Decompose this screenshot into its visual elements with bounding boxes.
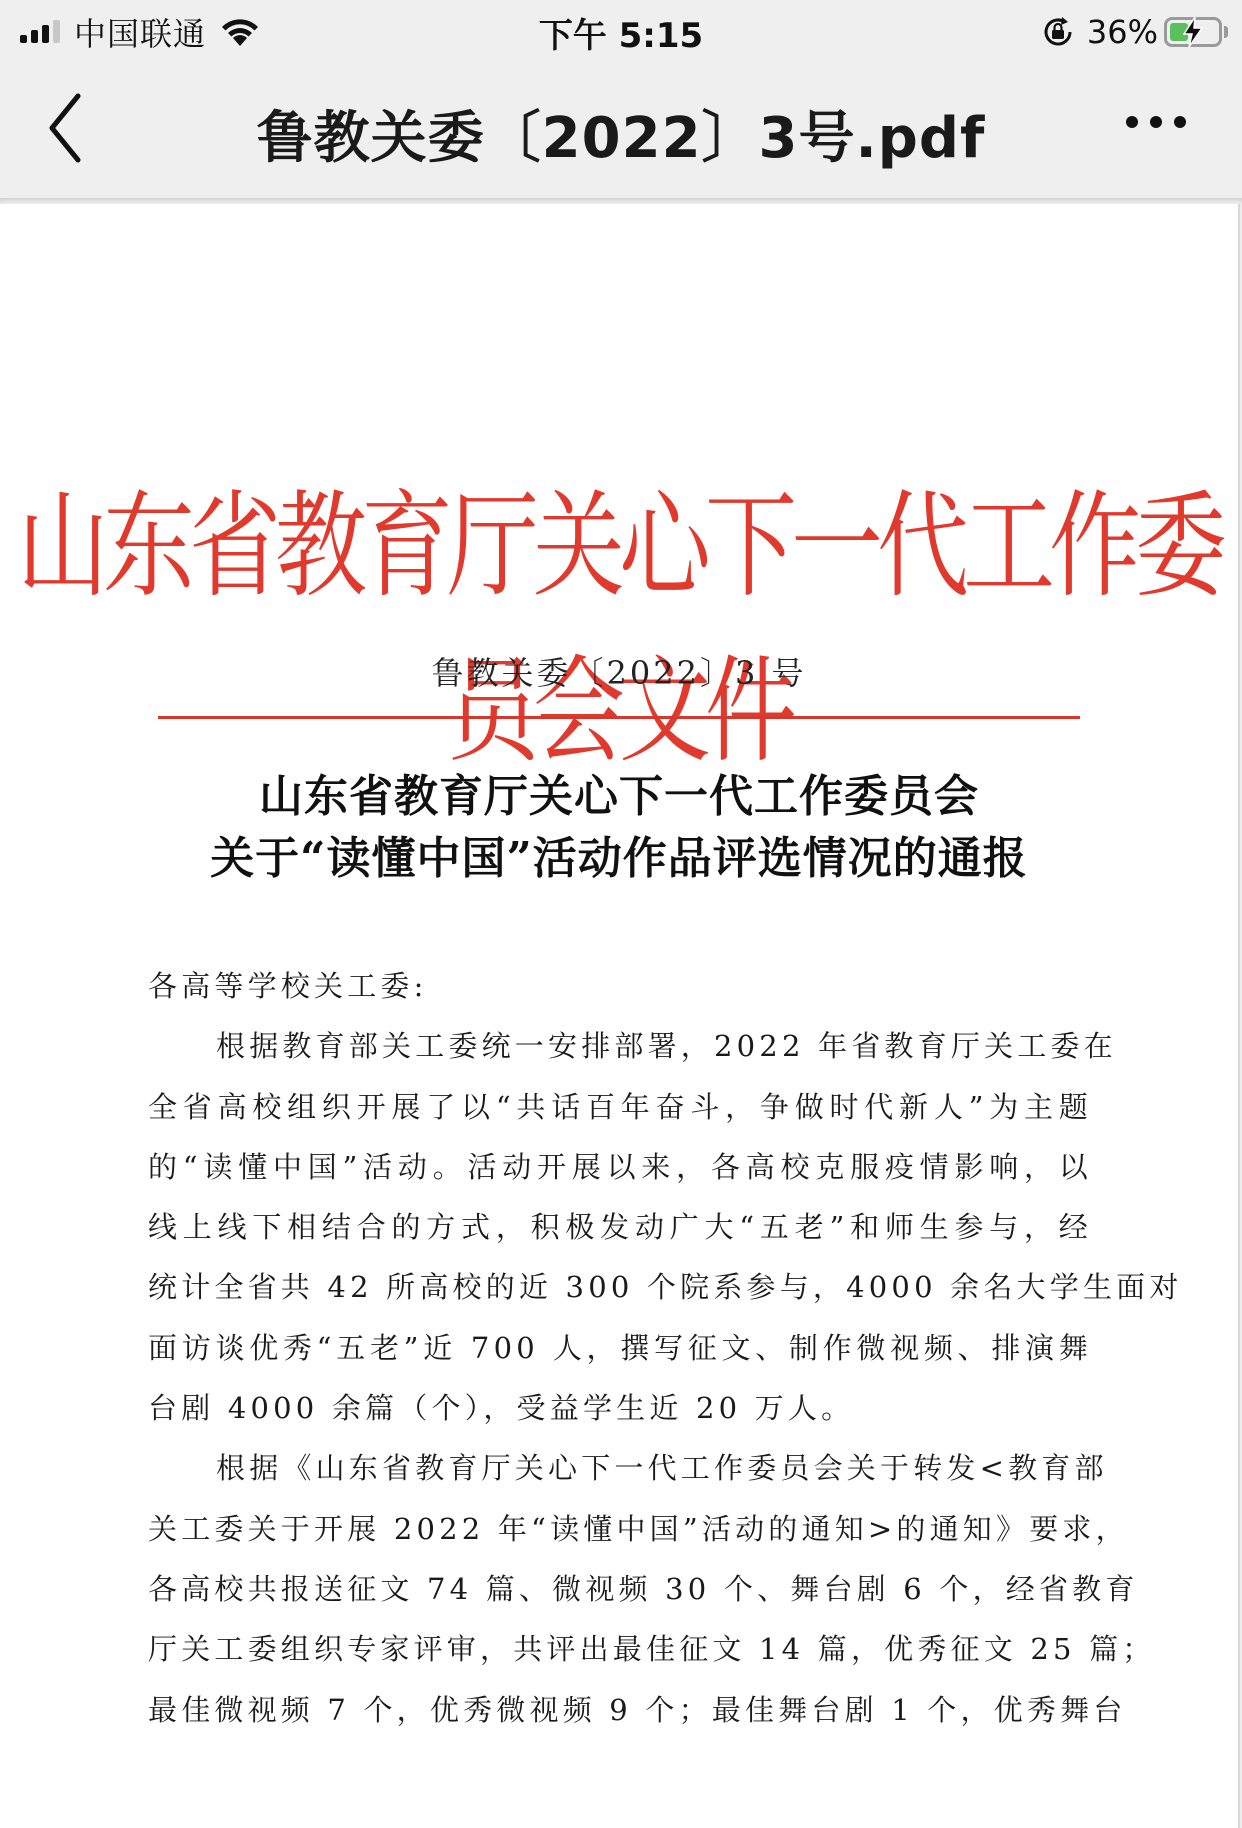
pdf-viewport[interactable]: 山东省教育厅关心下一代工作委员会文件 鲁教关委〔2022〕3 号 山东省教育厅关… — [0, 198, 1242, 1828]
red-divider-line — [158, 716, 1080, 719]
body-line: 面访谈优秀“五老”近 700 人，撰写征文、制作微视频、排演舞 — [148, 1318, 1092, 1378]
body-line: 的“读懂中国”活动。活动开展以来，各高校克服疫情影响，以 — [148, 1137, 1092, 1197]
document-body: 各高等学校关工委: 根据教育部关工委统一安排部署，2022 年省教育厅关工委在 … — [148, 956, 1092, 1740]
more-dot-icon — [1174, 116, 1186, 128]
document-number: 鲁教关委〔2022〕3 号 — [0, 648, 1238, 694]
pdf-page: 山东省教育厅关心下一代工作委员会文件 鲁教关委〔2022〕3 号 山东省教育厅关… — [0, 204, 1240, 1828]
body-line: 各高校共报送征文 74 篇、微视频 30 个、舞台剧 6 个，经省教育 — [148, 1559, 1092, 1619]
more-dot-icon — [1126, 116, 1138, 128]
body-line: 台剧 4000 余篇（个），受益学生近 20 万人。 — [148, 1378, 1092, 1438]
more-options-button[interactable] — [1126, 116, 1186, 128]
body-line: 根据教育部关工委统一安排部署，2022 年省教育厅关工委在 — [148, 1016, 1092, 1076]
heading-line-2: 关于“读懂中国”活动作品评选情况的通报 — [0, 828, 1238, 890]
rotation-lock-icon — [1041, 15, 1075, 49]
body-line: 根据《山东省教育厅关心下一代工作委员会关于转发<教育部 — [148, 1438, 1092, 1498]
document-heading: 山东省教育厅关心下一代工作委员会 关于“读懂中国”活动作品评选情况的通报 — [0, 766, 1238, 890]
paragraph-1: 根据教育部关工委统一安排部署，2022 年省教育厅关工委在 全省高校组织开展了以… — [148, 1016, 1092, 1438]
heading-line-1: 山东省教育厅关心下一代工作委员会 — [0, 766, 1238, 828]
battery-nub — [1224, 26, 1228, 38]
body-line: 全省高校组织开展了以“共话百年奋斗，争做时代新人”为主题 — [148, 1077, 1092, 1137]
body-line: 线上线下相结合的方式，积极发动广大“五老”和师生参与，经 — [148, 1197, 1092, 1257]
document-title: 鲁教关委〔2022〕3号.pdf — [0, 94, 1242, 174]
battery-percent: 36% — [1087, 13, 1158, 51]
body-line: 统计全省共 42 所高校的近 300 个院系参与，4000 余名大学生面对 — [148, 1257, 1092, 1317]
battery-icon — [1164, 17, 1222, 47]
status-right: 36% — [1041, 10, 1228, 54]
nav-bar: 鲁教关委〔2022〕3号.pdf — [0, 64, 1242, 198]
body-line: 最佳微视频 7 个，优秀微视频 9 个；最佳舞台剧 1 个，优秀舞台 — [148, 1680, 1092, 1740]
phone-screen: 中国联通 下午 5:15 36% — [0, 0, 1242, 1828]
status-bar: 中国联通 下午 5:15 36% — [0, 0, 1242, 64]
document-red-header: 山东省教育厅关心下一代工作委员会文件 — [0, 454, 1238, 784]
paragraph-2: 根据《山东省教育厅关心下一代工作委员会关于转发<教育部 关工委关于开展 2022… — [148, 1438, 1092, 1739]
charging-bolt-icon — [1181, 17, 1205, 47]
body-line: 关工委关于开展 2022 年“读懂中国”活动的通知>的通知》要求， — [148, 1499, 1092, 1559]
body-line: 厅关工委组织专家评审，共评出最佳征文 14 篇，优秀征文 25 篇； — [148, 1619, 1092, 1679]
salutation: 各高等学校关工委: — [148, 956, 1092, 1016]
more-dot-icon — [1150, 116, 1162, 128]
